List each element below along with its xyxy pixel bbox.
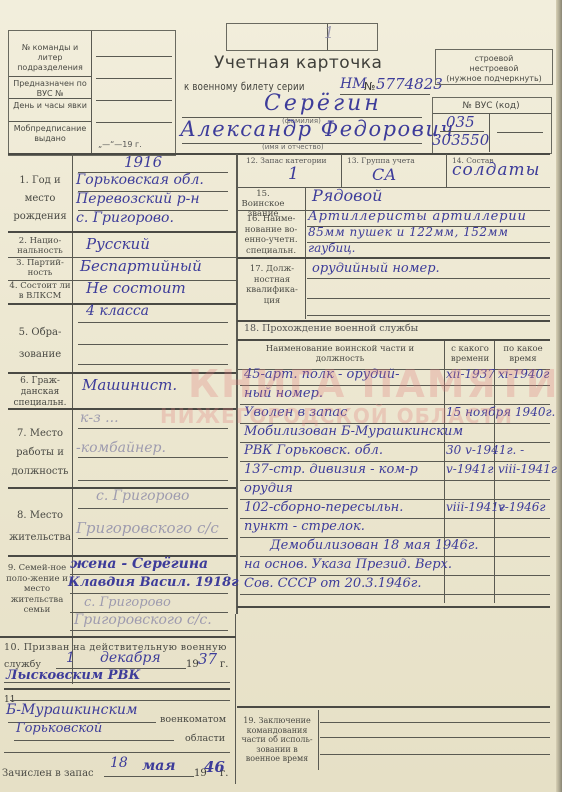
f14-value: солдаты — [452, 160, 540, 180]
f1-region: Горьковская обл. — [76, 172, 204, 188]
f18-unit: Уволен в запас — [244, 405, 347, 420]
f10-year-suffix: г. — [220, 659, 228, 670]
f18-to: viii-1941г — [498, 462, 557, 476]
f18-col-to: по какое время — [497, 344, 549, 364]
f18-from: viii-1941г — [446, 500, 505, 514]
f18-col-unit: Наименование воинской части и должность — [250, 344, 430, 364]
f18-unit: ный номер. — [244, 386, 323, 401]
f18-unit: 45-арт. полк - орудий- — [244, 367, 400, 382]
card-title: Учетная карточка — [214, 53, 382, 73]
surname: Серёгин — [264, 91, 382, 116]
f15-value: Рядовой — [312, 186, 382, 205]
vus-assigned-label: Предназначен по ВУС № — [12, 79, 88, 99]
f2-value: Русский — [86, 235, 150, 253]
f9-wife-name: Клавдия Васил. 1918г — [68, 575, 239, 590]
card-number-box — [226, 23, 378, 51]
f18-unit: РВК Горьковск. обл. — [244, 443, 383, 458]
f1-village: с. Григорово. — [76, 210, 174, 226]
f10-year-prefix: 19 — [186, 659, 199, 670]
f18-label: 18. Прохождение военной службы — [244, 323, 418, 334]
f9-village: с. Григорово — [84, 595, 171, 610]
f2-label: 2. Нацио-нальность — [10, 236, 70, 256]
f1-year: 1916 — [124, 153, 162, 171]
f18-unit: Мобилизован Б-Мурашкинским — [244, 424, 463, 439]
f18-to: xi-1940г — [498, 367, 549, 381]
f8-council: Григоровского с/с — [76, 519, 219, 537]
f3-label: 3. Партий-ность — [10, 258, 70, 278]
f5-label: 5. Обра-зование — [14, 322, 66, 366]
f18-unit: Демобилизован 18 мая 1946г. — [270, 538, 478, 553]
f18-to: v-1946г — [498, 500, 545, 514]
vus-label: № ВУС (код) — [432, 101, 550, 111]
f17-value: орудийный номер. — [312, 261, 440, 276]
arrival-time-label: День и часы явки — [12, 101, 88, 111]
ticket-series: НМ — [340, 76, 367, 92]
f18-unit: 137-стр. дивизия - ком-р — [244, 462, 418, 477]
f13-label: 13. Группа учета — [347, 156, 415, 165]
f9-council: Григоровского с/с. — [74, 612, 212, 628]
f11-region: Горьковской — [16, 721, 102, 736]
reserve-year-suffix: г. — [220, 768, 228, 779]
name-patronymic: Александр Федорович — [180, 117, 455, 141]
service-type-combat: строевой — [436, 54, 552, 64]
f18-from: 30 v-1941г. - — [446, 443, 524, 457]
f9-wife: жена - Серёгина — [70, 556, 208, 572]
f6-value: Машинист. — [82, 376, 177, 394]
paper-edge — [556, 0, 562, 792]
f18-unit: пункт - стрелок. — [244, 519, 365, 534]
f1-label: 1. Год и место рождения — [10, 172, 70, 226]
service-type-noncombat: нестроевой — [436, 64, 552, 74]
f18-unit: орудия — [244, 481, 293, 496]
f11-region-suffix: области — [185, 733, 225, 744]
f16-line1: Артиллеристы артиллерии — [308, 209, 527, 224]
f10-drafted-by: Лысковским РВК — [6, 668, 140, 683]
f10-month: декабря — [100, 650, 161, 666]
f16-line2: 85мм пушек и 122мм, 152мм — [308, 225, 508, 239]
vus-code-bottom: 303550 — [432, 131, 489, 149]
f16-line3: гаубиц. — [308, 241, 355, 255]
f17-label: 17. Долж-ностная квалифика-ция — [242, 264, 302, 306]
f12-value: 1 — [288, 164, 299, 184]
f12-label: 12. Запас категории — [246, 156, 327, 165]
f18-from: v-1941г — [446, 462, 493, 476]
service-type-note: (нужное подчеркнуть) — [436, 74, 552, 84]
f18-unit: на основ. Указа Презид. Верх. — [244, 557, 452, 572]
f18-from: 15 ноября 1940г. — [446, 405, 555, 419]
f10-year: 37 — [198, 650, 217, 668]
f16-label: 16. Наиме-нование во-енно-учетн. специал… — [238, 214, 304, 256]
f9-label: 9. Семей-ное поло-жение и место жительст… — [6, 563, 68, 616]
vus-code-top: 035 — [446, 113, 475, 131]
f5-value: 4 класса — [86, 303, 149, 319]
f18-col-from: с какого времени — [446, 344, 494, 364]
f7-position: -комбайнер. — [76, 440, 166, 456]
table-row-line — [240, 594, 550, 595]
f11-commissariat-suffix: военкоматом — [160, 714, 226, 725]
f18-unit: Сов. СССР от 20.3.1946г. — [244, 576, 421, 591]
name-caption: (имя и отчество) — [262, 143, 324, 151]
mob-order-label: Мобпредписание выдано — [10, 124, 90, 144]
f7-label: 7. Место работы и должность — [10, 424, 70, 481]
reserve-label: Зачислен в запас — [2, 768, 94, 779]
f4-value: Не состоит — [86, 279, 186, 297]
reserve-day: 18 — [110, 755, 128, 771]
f18-unit: 102-сборно-пересыльн. — [244, 500, 403, 515]
f11-commissariat: Б-Мурашкинским — [6, 702, 137, 718]
f13-value: СА — [372, 165, 396, 184]
reserve-month: мая — [142, 758, 176, 774]
f6-label: 6. Граж-данская специальн. — [8, 376, 72, 409]
f18-from: xii-1937 — [446, 367, 495, 381]
ticket-number: 5774823 — [376, 75, 443, 93]
f10-day: 1 — [66, 650, 75, 666]
command-number-label: № команды и литер подразделения — [12, 43, 88, 73]
f8-village: с. Григорово — [96, 488, 189, 504]
f3-value: Беспартийный — [80, 257, 202, 275]
f7-workplace: к-з ... — [80, 410, 119, 426]
f1-district: Перевозский р-н — [76, 191, 200, 207]
mob-order-date: „—“—19 г. — [98, 140, 142, 149]
f4-label: 4. Состоит ли в ВЛКСМ — [8, 281, 72, 301]
f19-label: 19. Заключение командования части об исп… — [238, 716, 316, 764]
f8-label: 8. Место жительства — [8, 505, 72, 549]
card-number-mark: 1 — [324, 23, 334, 42]
